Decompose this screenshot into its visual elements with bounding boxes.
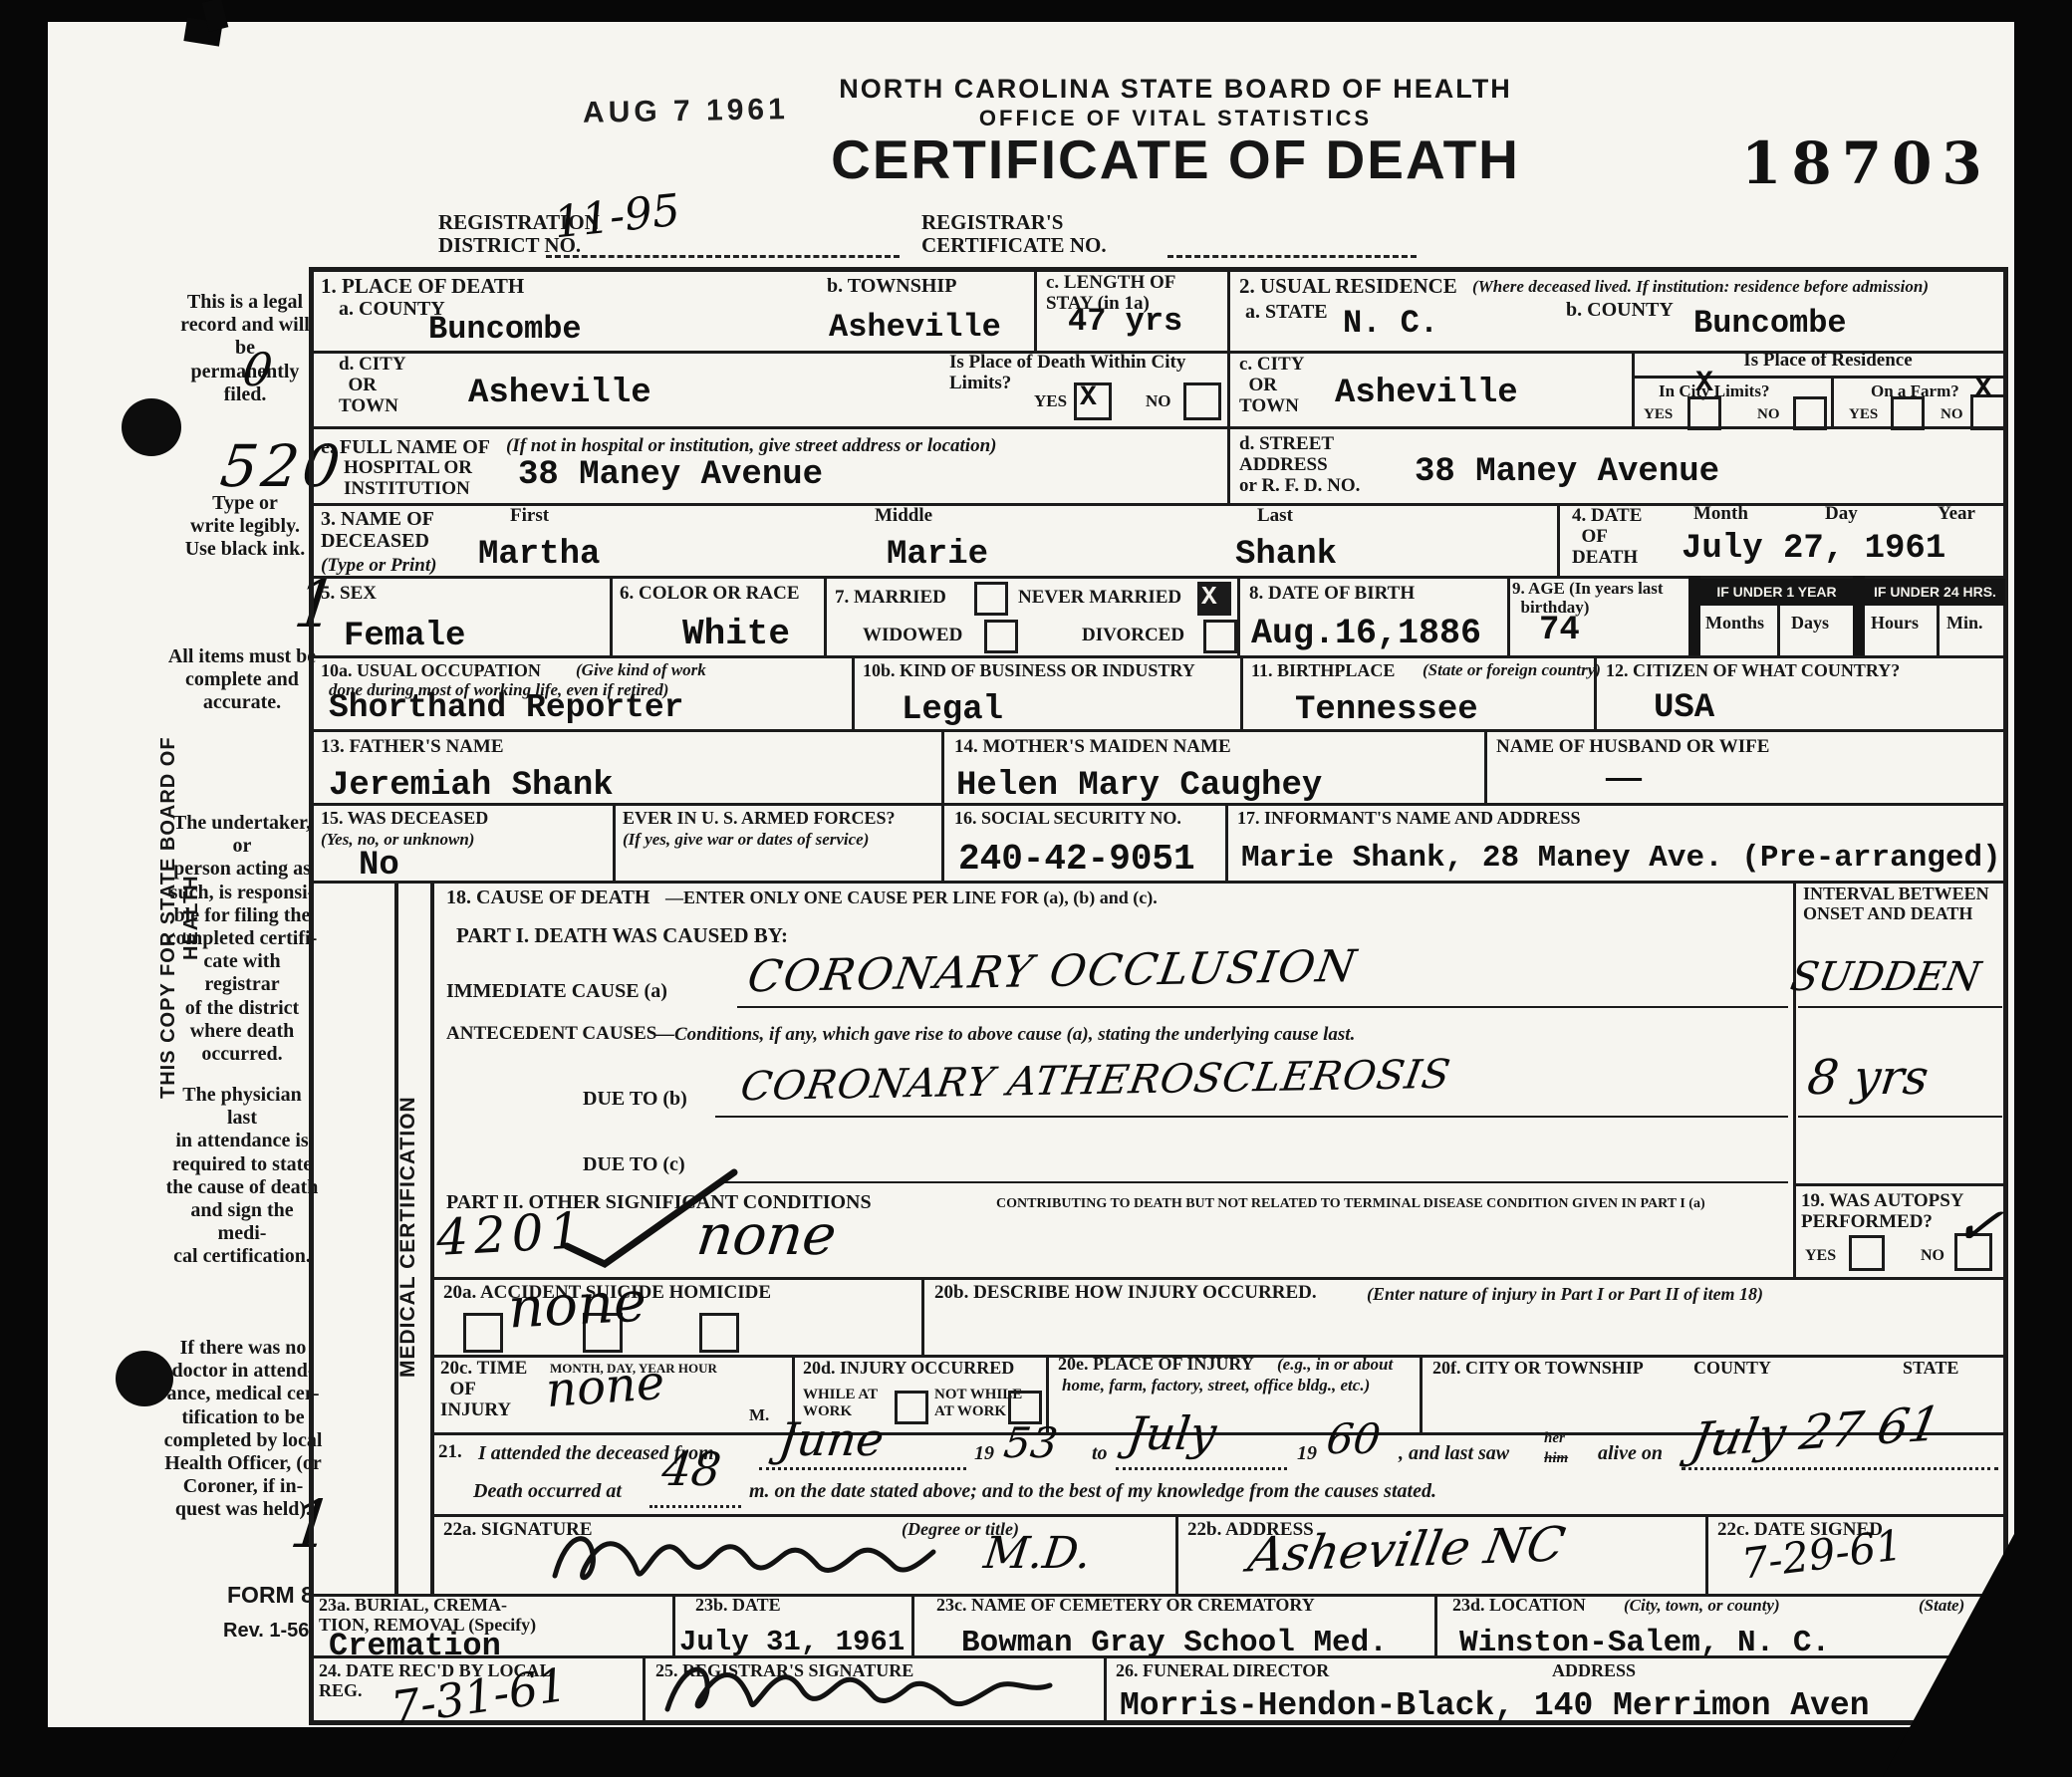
board-name: NORTH CAROLINA STATE BOARD OF HEALTH — [558, 74, 1793, 105]
form-number: FORM 8 — [227, 1582, 314, 1609]
rule — [1240, 655, 1243, 729]
informant-label: 17. INFORMANT'S NAME AND ADDRESS — [1237, 809, 1581, 829]
min-label: Min. — [1946, 614, 1983, 634]
rule — [1434, 1594, 1437, 1655]
township-label: b. TOWNSHIP — [827, 275, 956, 297]
city-limits-question: Is Place of Death Within City Limits? — [949, 353, 1185, 394]
homicide-checkbox — [699, 1313, 739, 1353]
interval-b-value: 8 yrs — [1805, 1050, 1932, 1106]
fill-line — [715, 1116, 1788, 1118]
city-value: Asheville — [468, 375, 651, 412]
autopsy-no-label: NO — [1921, 1247, 1944, 1265]
residence-city-value: Asheville — [1335, 375, 1518, 412]
city-limits-yes-mark: X — [1080, 382, 1097, 413]
describe-injury-note: (Enter nature of injury in Part I or Par… — [1367, 1285, 1763, 1305]
under-one-year-header: IF UNDER 1 YEAR — [1700, 579, 1853, 606]
days-label: Days — [1791, 614, 1829, 634]
fill-line — [1798, 1006, 2002, 1008]
registrar-signature — [647, 1650, 1086, 1721]
attended-yr1-value: 53 — [1001, 1418, 1060, 1467]
immediate-cause-value: CORONARY OCCLUSION — [744, 941, 1361, 1003]
armed-forces-label: 15. WAS DECEASED — [321, 809, 488, 829]
state-label: a. STATE — [1245, 301, 1328, 323]
occupation-label: 10a. USUAL OCCUPATION — [321, 661, 541, 681]
married-label: 7. MARRIED — [835, 588, 946, 609]
accident-value: none — [506, 1269, 647, 1341]
attended-number: 21. — [438, 1442, 462, 1463]
fill-line — [1798, 1116, 2002, 1118]
funeral-director-value: Morris-Hendon-Black, 140 Merrimon Aven — [1120, 1687, 1870, 1724]
fill-line — [546, 255, 900, 258]
institution-label: e. FULL NAME OF — [321, 436, 490, 458]
fill-line — [1682, 1466, 1998, 1470]
city-limits-no-checkbox — [1183, 382, 1221, 420]
death-occurred-text2: m. on the date stated above; and to the … — [749, 1480, 1436, 1502]
ssn-label: 16. SOCIAL SECURITY NO. — [954, 809, 1181, 829]
page-corner-cut — [1883, 1534, 2072, 1777]
rule — [911, 1594, 914, 1655]
medical-certification-strip: MEDICAL CERTIFICATION — [396, 881, 430, 1594]
injury-state-label: STATE — [1903, 1359, 1958, 1379]
age-label: 9. AGE (In years last birthday) — [1512, 580, 1664, 617]
death-occurred-text1: Death occurred at — [473, 1480, 622, 1502]
location-note: (City, town, or county) — [1624, 1597, 1780, 1616]
antecedent-note: —Conditions, if any, which gave rise to … — [655, 1025, 1355, 1046]
rule — [1632, 351, 1635, 426]
rule — [1227, 267, 1230, 503]
armed-forces-value: No — [359, 847, 399, 885]
first-name-label: First — [510, 506, 549, 527]
rule — [613, 803, 616, 881]
cemetery-label: 23c. NAME OF CEMETERY OR CREMATORY — [936, 1596, 1315, 1616]
rule — [1104, 1655, 1107, 1725]
attended-yr2-printed: 19 — [1297, 1442, 1317, 1464]
occupation-value: Shorthand Reporter — [329, 689, 683, 726]
citizen-value: USA — [1654, 689, 1714, 727]
hours-label: Hours — [1871, 614, 1919, 634]
rule — [672, 1594, 675, 1655]
business-label: 10b. KIND OF BUSINESS OR INDUSTRY — [863, 661, 1195, 681]
day-label: Day — [1825, 504, 1858, 525]
date-of-birth-label: 8. DATE OF BIRTH — [1249, 584, 1415, 605]
fill-line — [715, 1181, 1788, 1183]
sex-value: Female — [344, 618, 465, 655]
burial-value: Cremation — [329, 1628, 501, 1664]
deceased-name-heading: 3. NAME OF DECEASED — [321, 508, 434, 552]
part2-value: none — [693, 1203, 840, 1268]
last-name-value: Shank — [1235, 536, 1337, 574]
middle-name-label: Middle — [875, 506, 932, 527]
divorced-label: DIVORCED — [1082, 626, 1184, 646]
rule — [1777, 606, 1780, 655]
place-of-injury-note: (e.g., in or about — [1277, 1356, 1393, 1375]
widowed-checkbox — [984, 620, 1018, 653]
location-value: Winston-Salem, N. C. — [1459, 1626, 1830, 1660]
birthplace-label: 11. BIRTHPLACE — [1251, 661, 1395, 681]
residence-heading-note: (Where deceased lived. If institution: r… — [1472, 278, 1929, 297]
rule — [852, 655, 855, 729]
rule — [643, 1655, 646, 1725]
rule — [312, 655, 2005, 658]
fill-line — [1167, 255, 1417, 258]
margin-note-type: Type or write legibly. Use black ink. — [169, 492, 321, 562]
location-label: 23d. LOCATION — [1452, 1596, 1586, 1616]
address-value: Asheville NC — [1244, 1517, 1569, 1584]
in-city-yes-checkbox — [1687, 396, 1721, 430]
fill-line — [759, 1466, 966, 1470]
rule — [921, 1277, 924, 1355]
rule — [1237, 576, 1240, 655]
rule — [1225, 803, 1228, 881]
yes-label: YES — [1034, 392, 1067, 411]
rule — [1484, 729, 1487, 803]
injury-occurred-label: 20d. INJURY OCCURRED — [803, 1359, 1014, 1379]
date-of-death-heading: 4. DATE OF DEATH — [1572, 506, 1642, 569]
middle-name-value: Marie — [887, 536, 988, 574]
citizen-label: 12. CITIZEN OF WHAT COUNTRY? — [1606, 661, 1900, 681]
signature-degree-value: M.D. — [981, 1528, 1094, 1579]
rule — [1507, 576, 1510, 655]
age-value: 74 — [1539, 612, 1580, 649]
first-name-value: Martha — [478, 536, 600, 574]
scanned-death-certificate: AUG 7 1961 NORTH CAROLINA STATE BOARD OF… — [0, 0, 2072, 1777]
accident-checkbox — [463, 1313, 503, 1353]
margin-note-undertaker: The undertaker, or person acting as such… — [165, 812, 319, 1066]
cause-of-death-heading: 18. CAUSE OF DEATH — [446, 887, 649, 908]
married-checkbox — [974, 582, 1008, 616]
date-of-birth-value: Aug.16,1886 — [1251, 614, 1481, 653]
residence-county-label: b. COUNTY — [1566, 299, 1674, 321]
attended-text3: alive on — [1598, 1442, 1663, 1464]
rule — [1853, 576, 1865, 655]
antecedent-label: ANTECEDENT CAUSES — [446, 1024, 656, 1045]
farm-yes-checkbox — [1891, 396, 1925, 430]
last-name-label: Last — [1257, 506, 1293, 527]
rule — [824, 576, 827, 655]
rule — [1705, 1514, 1708, 1594]
residence-county-value: Buncombe — [1693, 305, 1847, 342]
in-city-no-checkbox — [1793, 396, 1827, 430]
time-of-injury-label: 20c. TIME OF INJURY — [440, 1359, 527, 1421]
rule — [312, 729, 2005, 732]
mother-value: Helen Mary Caughey — [956, 767, 1322, 805]
divorced-checkbox — [1203, 620, 1237, 653]
rule — [610, 576, 613, 655]
attended-yr2-value: 60 — [1324, 1414, 1383, 1463]
state-value: N. C. — [1343, 305, 1438, 342]
attended-from-value: June — [776, 1412, 888, 1466]
month-label: Month — [1693, 504, 1748, 525]
rule — [430, 881, 434, 1594]
farm-no-mark: X — [1974, 373, 1992, 406]
in-city-mark: X — [1695, 367, 1713, 400]
farm-yes-label: YES — [1849, 406, 1878, 423]
place-of-death-heading: 1. PLACE OF DEATH — [321, 275, 524, 298]
rule — [1831, 376, 1834, 426]
street-address-label: d. STREET ADDRESS or R. F. D. NO. — [1239, 434, 1360, 497]
months-label: Months — [1705, 614, 1764, 634]
rule — [312, 881, 2005, 884]
father-label: 13. FATHER'S NAME — [321, 737, 504, 758]
rule — [1420, 1355, 1423, 1432]
fill-line — [649, 1504, 741, 1508]
place-of-injury-label: 20e. PLACE OF INJURY — [1058, 1355, 1254, 1375]
spouse-label: NAME OF HUSBAND OR WIFE — [1496, 737, 1769, 758]
rule — [312, 426, 2005, 429]
funeral-director-label: 26. FUNERAL DIRECTOR — [1116, 1661, 1329, 1681]
farm-no-label: NO — [1941, 406, 1963, 423]
rule — [1557, 503, 1560, 576]
due-to-b-label: DUE TO (b) — [583, 1088, 687, 1110]
widowed-label: WIDOWED — [863, 626, 962, 646]
rule — [433, 1514, 2005, 1517]
father-value: Jeremiah Shank — [329, 767, 614, 805]
rule — [1632, 376, 2005, 379]
autopsy-label: 19. WAS AUTOPSY PERFORMED? — [1801, 1191, 1964, 1233]
autopsy-yes-label: YES — [1805, 1247, 1836, 1265]
birthplace-value: Tennessee — [1295, 691, 1478, 729]
rule — [1688, 576, 1700, 655]
birthplace-note: (State or foreign country) — [1423, 661, 1601, 680]
mother-label: 14. MOTHER'S MAIDEN NAME — [954, 737, 1231, 758]
institution-value: 38 Maney Avenue — [518, 456, 823, 494]
no-label: NO — [1146, 392, 1171, 411]
city-label: d. CITY OR TOWN — [339, 355, 406, 417]
attended-text2: , and last saw — [1399, 1442, 1509, 1464]
part1-heading: PART I. DEATH WAS CAUSED BY: — [456, 924, 788, 947]
length-of-stay-value: 47 yrs — [1068, 303, 1182, 340]
punch-hole — [122, 398, 181, 456]
under-24-hrs-header: IF UNDER 24 HRS. — [1865, 579, 2005, 606]
residence-city-label: c. CITY OR TOWN — [1239, 355, 1304, 417]
describe-injury-label: 20b. DESCRIBE HOW INJURY OCCURRED. — [934, 1283, 1317, 1304]
county-value: Buncombe — [428, 311, 582, 348]
physician-signature — [543, 1522, 971, 1594]
margin-note-physician: The physician last in attendance is requ… — [165, 1084, 319, 1269]
date-of-death-value: July 27, 1961 — [1682, 530, 1945, 568]
ssn-value: 240-42-9051 — [958, 839, 1195, 880]
attended-him: him — [1544, 1450, 1568, 1467]
registrar-certificate-label: REGISTRAR'S CERTIFICATE NO. — [921, 211, 1107, 257]
residence-heading: 2. USUAL RESIDENCE — [1239, 275, 1457, 298]
funeral-address-label: ADDRESS — [1552, 1661, 1636, 1681]
informant-value: Marie Shank, 28 Maney Ave. (Pre-arranged… — [1241, 841, 2001, 876]
armed-forces-label2: EVER IN U. S. ARMED FORCES? — [623, 809, 896, 829]
attended-to-value: July — [1125, 1406, 1219, 1460]
township-value: Asheville — [829, 309, 1001, 346]
fill-line — [737, 1006, 1788, 1008]
death-time-value: 48 — [659, 1442, 724, 1496]
injury-county-label: COUNTY — [1693, 1359, 1771, 1379]
in-city-yes-label: YES — [1644, 406, 1673, 423]
interval-a-value: SUDDEN — [1787, 954, 1984, 1000]
attended-to-word: to — [1092, 1442, 1108, 1464]
place-of-injury-note2: home, farm, factory, street, office bldg… — [1062, 1377, 1370, 1396]
injury-city-label: 20f. CITY OR TOWNSHIP — [1432, 1359, 1644, 1379]
time-of-injury-value: none — [544, 1355, 666, 1418]
sex-label: 5. SEX — [321, 584, 377, 605]
business-value: Legal — [902, 691, 1003, 729]
part2-heading-rest: CONTRIBUTING TO DEATH BUT NOT RELATED TO… — [996, 1196, 1705, 1211]
rule — [1937, 606, 1940, 655]
certificate-number: 18703 — [1741, 129, 1992, 197]
attended-yr1-printed: 19 — [974, 1442, 994, 1464]
occupation-note: (Give kind of work — [576, 661, 706, 680]
street-address-value: 38 Maney Avenue — [1415, 453, 1719, 491]
autopsy-no-mark: ✓ — [1950, 1188, 2008, 1262]
deceased-name-note: (Type or Print) — [321, 556, 436, 577]
rule — [312, 503, 2005, 506]
burial-date-label: 23b. DATE — [695, 1596, 781, 1616]
interval-heading: INTERVAL BETWEEN ONSET AND DEATH — [1803, 885, 1989, 924]
form-revision: Rev. 1-56 — [223, 1620, 309, 1643]
rule — [1034, 267, 1037, 351]
fill-line — [1116, 1466, 1287, 1470]
page-title: CERTIFICATE OF DEATH — [558, 127, 1793, 191]
time-m-label: M. — [749, 1406, 769, 1425]
attended-her: her — [1544, 1430, 1565, 1447]
rule — [941, 803, 944, 881]
rule — [1793, 1183, 2005, 1186]
immediate-cause-label: IMMEDIATE CAUSE (a) — [446, 980, 667, 1002]
autopsy-yes-checkbox — [1849, 1235, 1885, 1271]
rule — [1175, 1514, 1178, 1594]
never-married-mark: X — [1201, 582, 1217, 612]
spouse-value: —— — [1606, 763, 1642, 797]
institution-label2: HOSPITAL OR INSTITUTION — [344, 458, 472, 500]
year-label: Year — [1938, 504, 1975, 525]
institution-note: (If not in hospital or institution, give… — [506, 436, 996, 457]
rule — [1793, 881, 1796, 1277]
cause-of-death-heading-rest: —ENTER ONLY ONE CAUSE PER LINE FOR (a), … — [665, 888, 1158, 908]
race-value: White — [682, 614, 790, 654]
while-at-work-checkbox — [895, 1391, 928, 1424]
never-married-label: NEVER MARRIED — [1018, 588, 1181, 609]
in-city-no-label: NO — [1757, 406, 1780, 423]
rule — [941, 729, 944, 803]
armed-forces-note2: (If yes, give war or dates of service) — [623, 831, 869, 850]
race-label: 6. COLOR OR RACE — [620, 584, 800, 605]
